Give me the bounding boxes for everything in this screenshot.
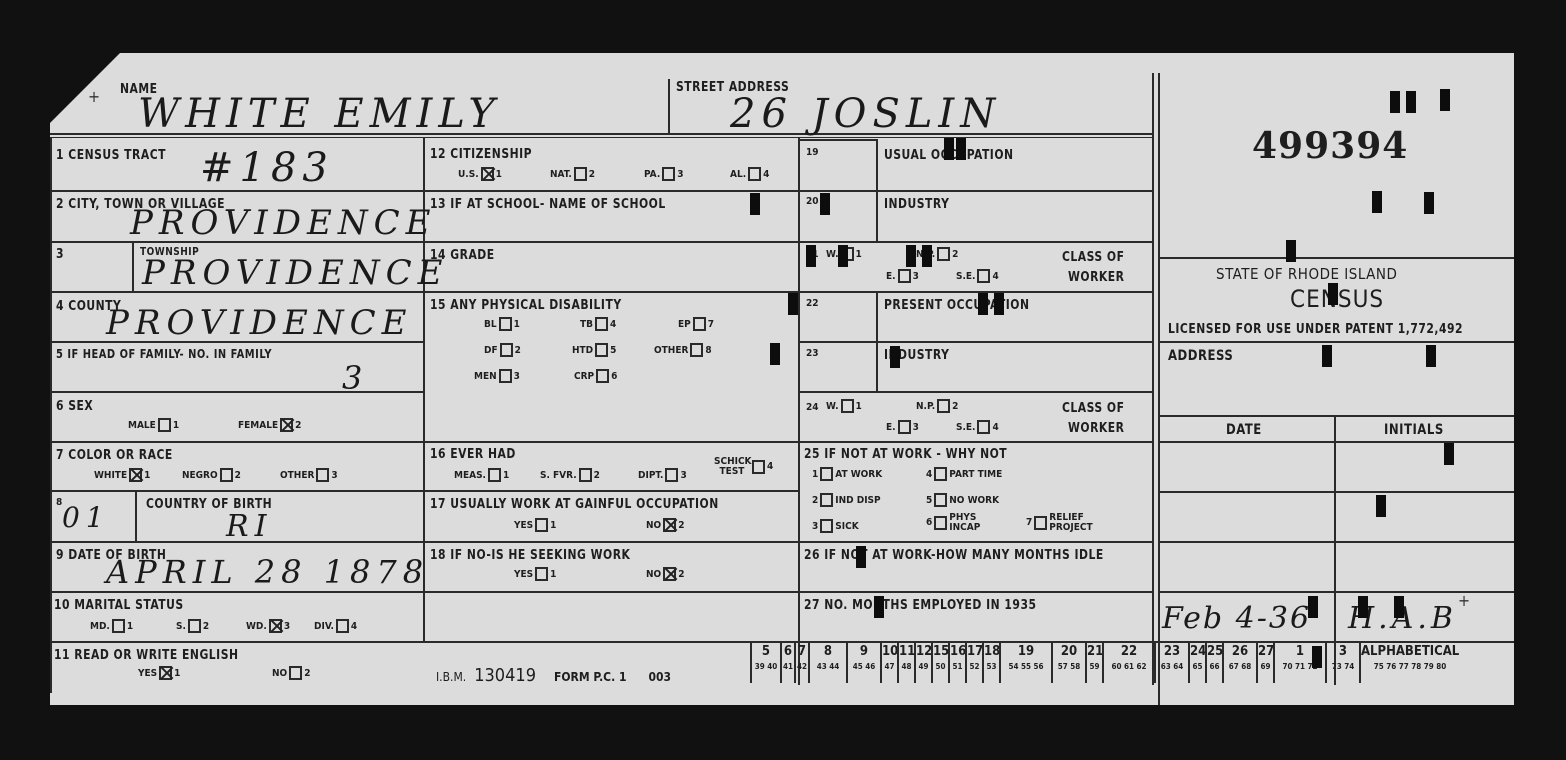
checkbox[interactable] <box>574 167 587 181</box>
field-18-label: 18 IF NO-IS HE SEEKING WORK <box>430 547 630 562</box>
field-14-label: 14 GRADE <box>430 247 495 262</box>
checkbox[interactable] <box>690 343 703 357</box>
punch-hole <box>1426 345 1436 367</box>
race-other-option[interactable]: OTHER3 <box>280 468 338 482</box>
checkbox[interactable] <box>535 567 548 581</box>
punch-hole <box>1308 596 1318 618</box>
field-6-label: 6 SEX <box>56 398 93 413</box>
column-index-strip: 539 40 641 742 843 44 945 46 1047 1148 1… <box>750 643 1459 683</box>
field-20-num: 20 <box>806 196 819 207</box>
field-25-label: 25 IF NOT AT WORK - WHY NOT <box>804 446 1007 461</box>
field-20-label: INDUSTRY <box>884 196 949 211</box>
checkbox[interactable] <box>596 369 609 383</box>
checkbox[interactable] <box>665 468 678 482</box>
punch-hole <box>978 293 988 315</box>
punch-hole <box>856 546 866 568</box>
why-no-work-option[interactable]: 5NO WORK <box>926 493 999 507</box>
punch-hole <box>994 293 1004 315</box>
state-header: STATE OF RHODE ISLAND <box>1216 265 1397 283</box>
field-11-label: 11 READ OR WRITE ENGLISH <box>54 647 239 662</box>
why-sick-option[interactable]: 3SICK <box>812 519 859 533</box>
city-value: PROVIDENCE <box>130 203 436 243</box>
checkbox[interactable] <box>535 518 548 532</box>
divider <box>1152 73 1154 685</box>
punch-hole <box>906 245 916 267</box>
checkbox[interactable] <box>1034 516 1047 530</box>
citizenship-nat-option[interactable]: NAT.2 <box>550 167 595 181</box>
divider <box>1158 73 1160 705</box>
class-of-worker-label: CLASS OF <box>1062 249 1124 264</box>
birth-country-value: RI <box>226 509 272 544</box>
registration-mark-icon: + <box>88 87 100 106</box>
checkbox[interactable] <box>579 468 592 482</box>
punch-hole <box>956 138 966 160</box>
punch-hole <box>1372 191 1382 213</box>
census-tract-value: #183 <box>200 145 334 191</box>
punch-hole <box>874 596 884 618</box>
class-e-option[interactable]: E.3 <box>886 269 919 283</box>
disability-other-option[interactable]: OTHER8 <box>654 343 712 357</box>
citizenship-us-option[interactable]: U.S.1 <box>458 167 502 181</box>
field-7-label: 7 COLOR OR RACE <box>56 447 173 462</box>
class-of-worker-label-2: WORKER <box>1068 269 1124 284</box>
citizenship-al-option[interactable]: AL.4 <box>730 167 769 181</box>
checkbox[interactable] <box>693 317 706 331</box>
checkbox[interactable] <box>977 420 990 434</box>
divider <box>798 137 800 685</box>
punch-hole <box>1406 91 1416 113</box>
form-id: I.B.M. 130419 FORM P.C. 1 003 <box>436 665 671 686</box>
checkbox-checked[interactable] <box>481 167 494 181</box>
disability-tb-option[interactable]: TB4 <box>580 317 616 331</box>
checkbox[interactable] <box>188 619 201 633</box>
punch-hole <box>944 138 954 160</box>
checkbox-checked[interactable] <box>269 619 282 633</box>
field-17-label: 17 USUALLY WORK AT GAINFUL OCCUPATION <box>430 496 719 511</box>
disability-men-option[interactable]: MEN3 <box>474 369 520 383</box>
checkbox[interactable] <box>934 493 947 507</box>
ever-had-sfvr-option[interactable]: S. FVR.2 <box>540 468 600 482</box>
birth-date-value: APRIL 28 1878 <box>106 553 429 591</box>
checkbox-checked[interactable] <box>129 468 142 482</box>
birth-country-code-value: 01 <box>62 501 110 534</box>
date-label: DATE <box>1226 422 1262 439</box>
punch-hole <box>838 245 848 267</box>
punch-hole <box>1390 91 1400 113</box>
field-23-num: 23 <box>806 348 819 359</box>
field-10-label: 10 MARITAL STATUS <box>54 597 184 612</box>
ever-had-dipt-option[interactable]: DIPT.3 <box>638 468 687 482</box>
citizenship-pa-option[interactable]: PA.3 <box>644 167 684 181</box>
checkbox[interactable] <box>112 619 125 633</box>
marital-wd-option[interactable]: WD.3 <box>246 619 290 633</box>
county-value: PROVIDENCE <box>106 303 412 343</box>
checkbox-checked[interactable] <box>159 666 172 680</box>
field-5-label: 5 IF HEAD OF FAMILY- NO. IN FAMILY <box>56 347 272 361</box>
punch-hole <box>1424 192 1434 214</box>
street-address-value: 26 JOSLIN <box>730 91 1001 137</box>
family-count-value: 3 <box>342 359 368 397</box>
checkbox[interactable] <box>752 460 765 474</box>
disability-crp-option[interactable]: CRP6 <box>574 369 617 383</box>
checkbox[interactable] <box>898 420 911 434</box>
punch-hole <box>1312 646 1322 668</box>
divider <box>50 137 1152 138</box>
date-value: Feb 4-36 <box>1162 601 1311 636</box>
checkbox[interactable] <box>937 247 950 261</box>
field-19-num: 19 <box>806 147 819 158</box>
punch-hole <box>1440 89 1450 111</box>
checkbox[interactable] <box>841 399 854 413</box>
ever-had-meas-option[interactable]: MEAS.1 <box>454 468 509 482</box>
checkbox[interactable] <box>820 467 833 481</box>
checkbox[interactable] <box>316 468 329 482</box>
field-22-num: 22 <box>806 298 819 309</box>
checkbox[interactable] <box>158 418 171 432</box>
disability-ep-option[interactable]: EP7 <box>678 317 714 331</box>
field-24-num: 24 <box>806 402 819 413</box>
race-negro-option[interactable]: NEGRO2 <box>182 468 241 482</box>
field-12-label: 12 CITIZENSHIP <box>430 146 532 161</box>
checkbox[interactable] <box>289 666 302 680</box>
serial-number: 499394 <box>1252 125 1408 167</box>
seeking-no-option[interactable]: NO2 <box>646 567 684 581</box>
class-of-worker-label: CLASS OF <box>1062 400 1124 415</box>
marital-md-option[interactable]: MD.1 <box>90 619 133 633</box>
race-white-option[interactable]: WHITE1 <box>94 468 150 482</box>
field-22-label: PRESENT OCCUPATION <box>884 297 1030 312</box>
disability-df-option[interactable]: DF2 <box>484 343 521 357</box>
punch-hole <box>1444 443 1454 465</box>
punch-hole <box>922 245 932 267</box>
why-relief-project-option[interactable]: 7RELIEF PROJECT <box>1026 513 1116 533</box>
patent-notice: LICENSED FOR USE UNDER PATENT 1,772,492 <box>1168 321 1463 336</box>
field-13-label: 13 IF AT SCHOOL- NAME OF SCHOOL <box>430 196 666 211</box>
punch-hole <box>1322 345 1332 367</box>
checkbox[interactable] <box>820 519 833 533</box>
field-16-label: 16 EVER HAD <box>430 446 516 461</box>
checkbox[interactable] <box>595 317 608 331</box>
marital-s-option[interactable]: S.2 <box>176 619 209 633</box>
checkbox[interactable] <box>898 269 911 283</box>
why-part-time-option[interactable]: 4PART TIME <box>926 467 1002 481</box>
marital-div-option[interactable]: DIV.4 <box>314 619 357 633</box>
checkbox[interactable] <box>820 493 833 507</box>
checkbox[interactable] <box>595 343 608 357</box>
punch-hole <box>1286 240 1296 262</box>
punch-hole <box>770 343 780 365</box>
checkbox[interactable] <box>336 619 349 633</box>
checkbox-checked[interactable] <box>663 567 676 581</box>
punch-hole <box>820 193 830 215</box>
checkbox[interactable] <box>934 467 947 481</box>
registration-mark-icon: + <box>1458 591 1470 610</box>
checkbox[interactable] <box>937 399 950 413</box>
gainful-yes-option[interactable]: YES1 <box>514 518 556 532</box>
why-phys-incap-option[interactable]: 6PHYS INCAP <box>926 513 986 533</box>
punch-hole <box>1376 495 1386 517</box>
disability-bl-option[interactable]: BL1 <box>484 317 520 331</box>
field-3-num: 3 <box>56 246 64 261</box>
township-value: PROVIDENCE <box>142 253 448 293</box>
class-se-option[interactable]: S.E.4 <box>956 269 999 283</box>
initials-label: INITIALS <box>1384 422 1444 439</box>
field-1-label: 1 CENSUS TRACT <box>56 147 166 162</box>
punch-hole <box>890 346 900 368</box>
disability-htd-option[interactable]: HTD5 <box>572 343 616 357</box>
field-27-label: 27 NO. MONTHS EMPLOYED IN 1935 <box>804 597 1036 612</box>
class2-e-option[interactable]: E.3 <box>886 420 919 434</box>
checkbox[interactable] <box>748 167 761 181</box>
punch-hole <box>788 293 798 315</box>
checkbox[interactable] <box>977 269 990 283</box>
gainful-no-option[interactable]: NO2 <box>646 518 684 532</box>
field-26-label: 26 IF NOT AT WORK-HOW MANY MONTHS IDLE <box>804 547 1104 562</box>
checkbox[interactable] <box>220 468 233 482</box>
punch-hole <box>1358 596 1368 618</box>
checkbox[interactable] <box>499 369 512 383</box>
sex-male-option[interactable]: MALE1 <box>128 418 179 432</box>
checkbox[interactable] <box>934 516 947 530</box>
class-of-worker-label-2: WORKER <box>1068 420 1124 435</box>
name-value: WHITE EMILY <box>138 91 501 137</box>
class2-w-option[interactable]: W.1 <box>826 399 862 413</box>
punch-hole <box>1328 283 1338 305</box>
why-not-at-work-option[interactable]: 1AT WORK <box>812 467 882 481</box>
punch-hole <box>806 245 816 267</box>
class2-np-option[interactable]: N.P.2 <box>916 399 958 413</box>
census-card: + NAME WHITE EMILY STREET ADDRESS 26 JOS… <box>50 53 1514 705</box>
divider <box>668 79 670 135</box>
punch-hole <box>1394 596 1404 618</box>
checkbox[interactable] <box>662 167 675 181</box>
checkbox[interactable] <box>499 317 512 331</box>
why-ind-disp-option[interactable]: 2IND DISP <box>812 493 881 507</box>
checkbox-checked[interactable] <box>663 518 676 532</box>
checkbox[interactable] <box>488 468 501 482</box>
punch-hole <box>750 193 760 215</box>
seeking-yes-option[interactable]: YES1 <box>514 567 556 581</box>
ever-had-schick-option[interactable]: SCHICK TEST4 <box>714 457 794 477</box>
address-label: ADDRESS <box>1168 348 1233 365</box>
checkbox-checked[interactable] <box>280 418 293 432</box>
checkbox[interactable] <box>500 343 513 357</box>
class2-se-option[interactable]: S.E.4 <box>956 420 999 434</box>
field-15-label: 15 ANY PHYSICAL DISABILITY <box>430 297 622 312</box>
english-yes-option[interactable]: YES1 <box>138 666 180 680</box>
sex-female-option[interactable]: FEMALE2 <box>238 418 301 432</box>
english-no-option[interactable]: NO2 <box>272 666 310 680</box>
